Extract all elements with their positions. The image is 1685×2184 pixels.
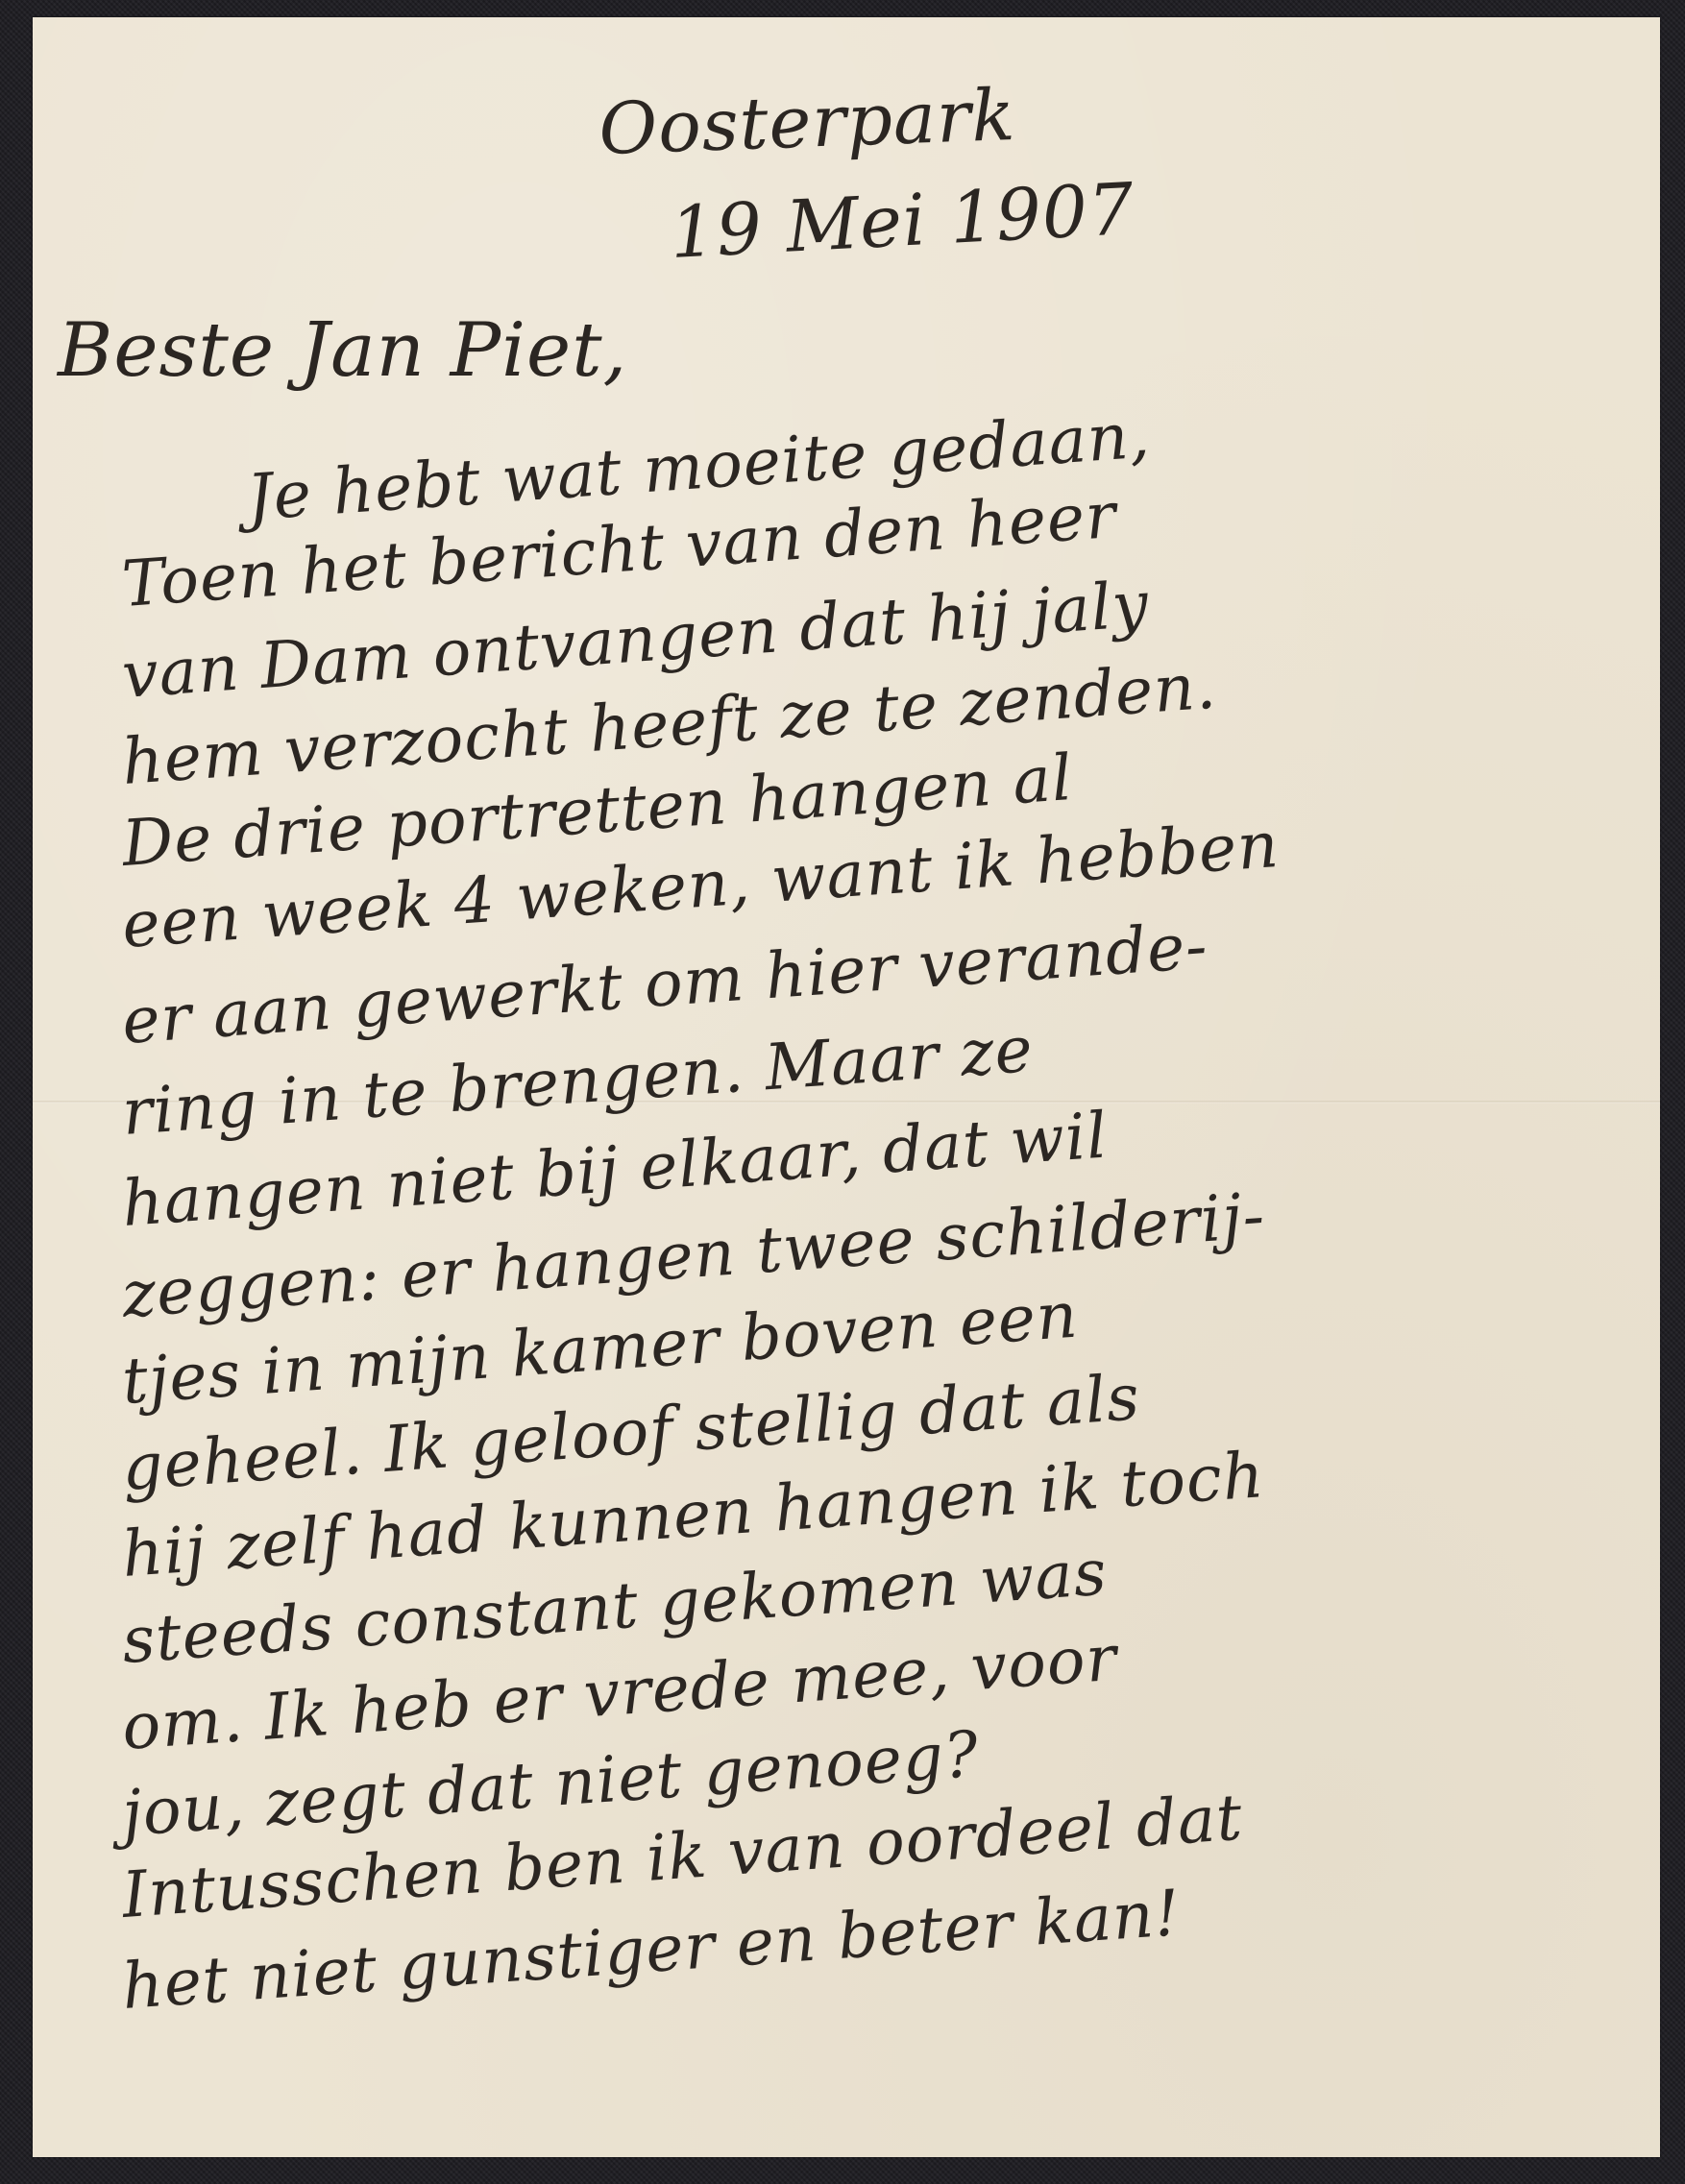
letter-place: Oosterpark <box>598 74 1017 171</box>
letter-salutation: Beste Jan Piet, <box>58 307 627 394</box>
